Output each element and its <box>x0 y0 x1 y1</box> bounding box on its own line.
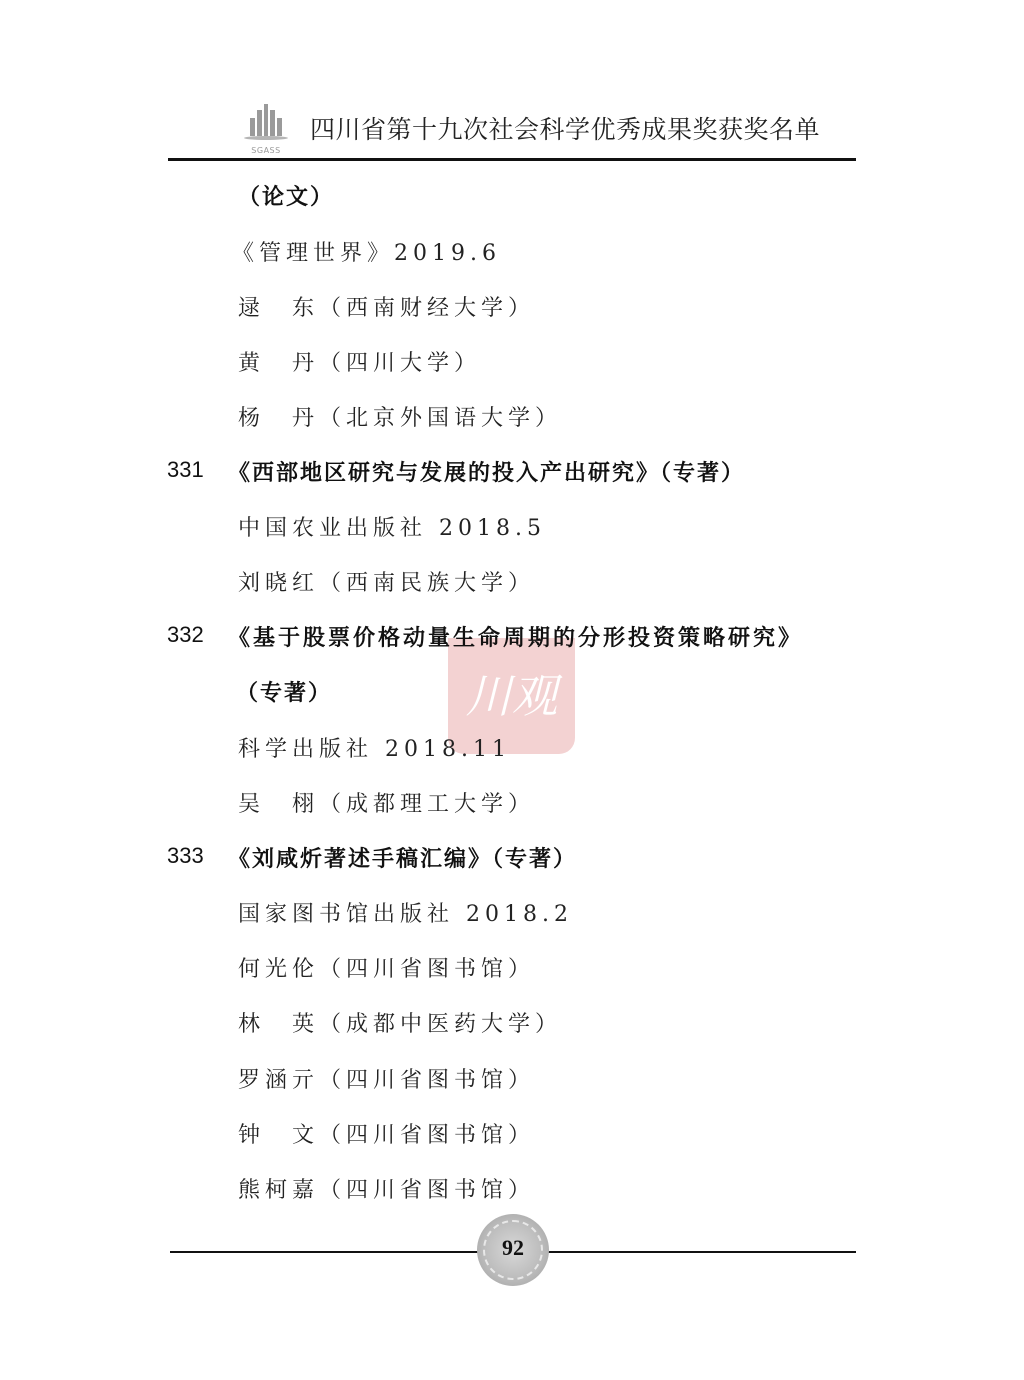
publication-line: 中国农业出版社 2018.5 <box>238 511 546 542</box>
logo-text: SGASS <box>244 146 288 155</box>
entry-number: 331 <box>167 457 204 483</box>
entry-number: 333 <box>167 843 204 869</box>
entry-type: （专著） <box>236 676 332 707</box>
entry-number: 332 <box>167 622 204 648</box>
author-line: 黄 丹（四川大学） <box>238 346 481 377</box>
page-title: 四川省第十九次社会科学优秀成果奖获奖名单 <box>310 110 820 146</box>
footer-divider-right <box>548 1251 856 1253</box>
page-number-badge: 92 <box>477 1214 549 1286</box>
author-line: 吴 栩（成都理工大学） <box>238 787 535 818</box>
author-line: 杨 丹（北京外国语大学） <box>238 401 562 432</box>
author-line: 熊柯嘉（四川省图书馆） <box>238 1173 535 1204</box>
author-line: 林 英（成都中医药大学） <box>238 1007 562 1038</box>
footer-divider-left <box>170 1251 478 1253</box>
publication-line: 国家图书馆出版社 2018.2 <box>238 897 573 928</box>
publication-line: 《管理世界》2019.6 <box>232 236 501 267</box>
watermark-text: 川观 <box>448 660 575 726</box>
author-line: 罗涵亓（四川省图书馆） <box>238 1063 535 1094</box>
entry-title: 《基于股票价格动量生命周期的分形投资策略研究》 <box>228 621 803 652</box>
author-line: 逯 东（西南财经大学） <box>238 291 535 322</box>
page-header: SGASS 四川省第十九次社会科学优秀成果奖获奖名单 <box>168 96 856 162</box>
publication-line: 科学出版社 2018.11 <box>238 732 511 763</box>
header-divider <box>168 158 856 161</box>
author-line: 钟 文（四川省图书馆） <box>238 1118 535 1149</box>
entry-type: （论文） <box>238 180 334 211</box>
author-line: 刘晓红（西南民族大学） <box>238 566 535 597</box>
author-line: 何光伦（四川省图书馆） <box>238 952 535 983</box>
entry-title: 《刘咸炘著述手稿汇编》（专著） <box>228 842 577 873</box>
page-number: 92 <box>477 1235 549 1261</box>
sgass-logo-icon: SGASS <box>244 102 288 158</box>
entry-title: 《西部地区研究与发展的投入产出研究》（专著） <box>228 456 745 487</box>
